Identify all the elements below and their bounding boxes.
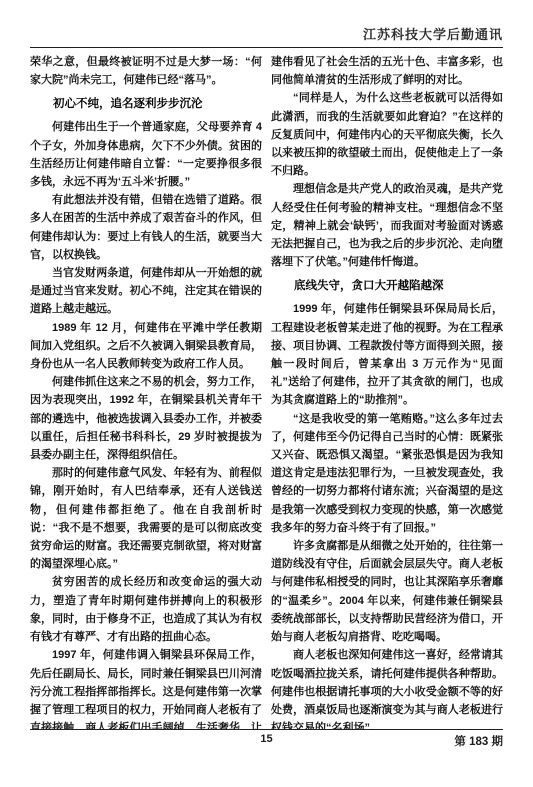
paragraph: 有此想法并没有错，但错在选错了道路。很多人在困苦的生活中养成了艰苦奋斗的作风，但… bbox=[30, 191, 262, 264]
paragraph: 1997 年，何建伟调入铜梁县环保局工作，先后任副局长、局长，同时兼任铜梁县巴川… bbox=[30, 646, 262, 729]
paragraph: 贫穷困苦的成长经历和改变命运的强大动力，塑造了青年时期何建伟拼搏向上的积极形象，… bbox=[30, 573, 262, 646]
paragraph: 1999 年，何建伟任铜梁县环保局局长后，工程建设老板曾某走进了他的视野。为在工… bbox=[271, 300, 503, 409]
newsletter-title: 江苏科技大学后勤通讯 bbox=[30, 24, 503, 43]
paragraph: 商人老板也深知何建伟这一喜好，经常请其吃饭喝酒拉拢关系，请托何建伟提供各种帮助。… bbox=[271, 646, 503, 729]
paragraph: 那时的何建伟意气风发、年轻有为、前程似锦，刚开始时，有人巴结奉承，还有人送钱送物… bbox=[30, 464, 262, 573]
left-column: 荣华之意，但最终被证明不过是大梦一场：“何家大院”尚未完工，何建伟已经“落马”。… bbox=[30, 53, 262, 729]
paragraph: 建伟看见了社会生活的五光十色、丰富多彩，也同他简单清贫的生活形成了鲜明的对比。 bbox=[271, 53, 503, 89]
issue-number: 第 183 期 bbox=[454, 733, 503, 749]
right-column: 建伟看见了社会生活的五光十色、丰富多彩，也同他简单清贫的生活形成了鲜明的对比。“… bbox=[271, 53, 503, 729]
paragraph: “同样是人，为什么这些老板就可以活得如此潇洒，而我的生活就要如此窘迫？”在这样的… bbox=[271, 89, 503, 180]
paragraph: 当官发财两条道，何建伟却从一开始想的就是通过当官来发财。初心不纯，注定其在错误的… bbox=[30, 264, 262, 319]
page-footer: 15 第 183 期 bbox=[30, 729, 503, 751]
page-number: 15 bbox=[30, 733, 503, 745]
paragraph: 1989 年 12 月，何建伟在平滩中学任教期间加入党组织。之后不久被调入铜梁县… bbox=[30, 319, 262, 374]
paragraph: 荣华之意，但最终被证明不过是大梦一场：“何家大院”尚未完工，何建伟已经“落马”。 bbox=[30, 53, 262, 89]
paragraph: 理想信念是共产党人的政治灵魂，是共产党人经受住任何考验的精神支柱。“理想信念不坚… bbox=[271, 180, 503, 271]
paragraph: 许多贪腐都是从细微之处开始的，往往第一道防线没有守住，后面就会层层失守。商人老板… bbox=[271, 537, 503, 646]
newsletter-page: 江苏科技大学后勤通讯 荣华之意，但最终被证明不过是大梦一场：“何家大院”尚未完工… bbox=[0, 0, 533, 787]
paragraph: 何建伟出生于一个普通家庭，父母要养育 4 个子女，外加身体患病，欠下不少外债。贫… bbox=[30, 118, 262, 191]
page-header: 江苏科技大学后勤通讯 bbox=[30, 24, 503, 48]
section-heading: 初心不纯，追名逐利步步沉沦 bbox=[30, 95, 262, 113]
paragraph: “这是我收受的第一笔贿赂。”这么多年过去了，何建伟至今仍记得自己当时的心情：既紧… bbox=[271, 410, 503, 537]
paragraph: 何建伟抓住这来之不易的机会，努力工作，因为表现突出，1992 年，在铜梁县机关青… bbox=[30, 373, 262, 464]
section-heading: 底线失守，贪口大开越陷越深 bbox=[271, 277, 503, 295]
article-body: 荣华之意，但最终被证明不过是大梦一场：“何家大院”尚未完工，何建伟已经“落马”。… bbox=[30, 53, 503, 729]
